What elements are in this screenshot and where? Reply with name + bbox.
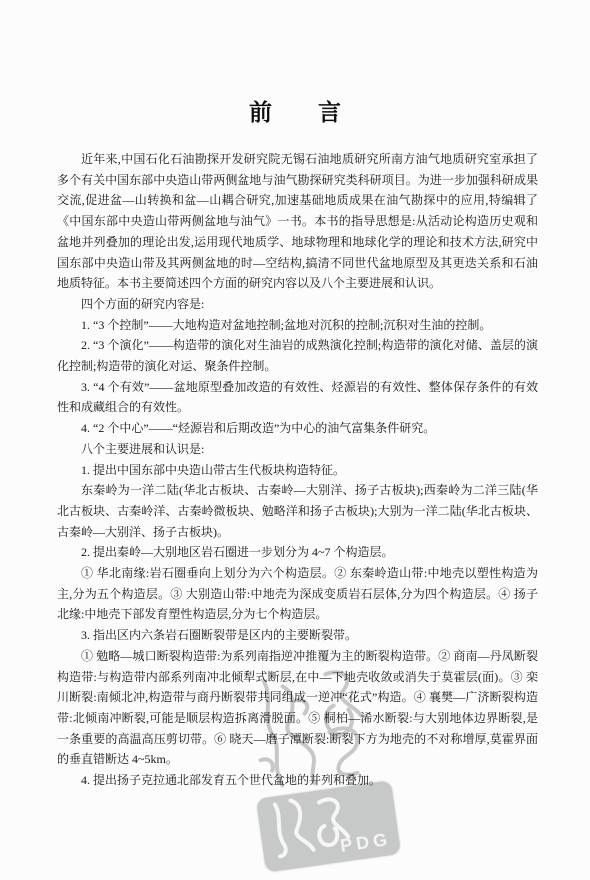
book-page: PDG 前 言 近年来,中国石化石油勘探开发研究院无锡石油地质研究所南方油气地质… (0, 0, 590, 880)
paragraph-8: 1. 提出中国东部中央造山带古生代板块构造特征。 (57, 460, 538, 481)
paragraph-10: 2. 提出秦岭—大别地区岩石圈进一步划分为 4~7 个构造层。 (57, 542, 538, 563)
paragraph-6: 4. “2 个中心”——“烃源岩和后期改造”为中心的油气富集条件研究。 (57, 418, 538, 439)
paragraph-11: ① 华北南缘:岩石圈垂向上划分为六个构造层。② 东秦岭造山带:中地壳以塑性构造为… (57, 563, 538, 625)
paragraph-12: 3. 指出区内六条岩石圈断裂带是区内的主要断裂带。 (57, 625, 538, 646)
paragraph-1: 近年来,中国石化石油勘探开发研究院无锡石油地质研究所南方油气地质研究室承担了多个… (57, 149, 538, 294)
paragraph-4: 2. “3 个演化”——构造带的演化对生油岩的成熟演化控制;构造带的演化对储、盖… (57, 335, 538, 376)
page-title: 前 言 (0, 94, 590, 127)
watermark-stamp: PDG (256, 780, 401, 872)
paragraph-2: 四个方面的研究内容是: (57, 294, 538, 315)
paragraph-3: 1. “3 个控制”——大地构造对盆地控制;盆地对沉积的控制;沉积对生油的控制。 (57, 315, 538, 336)
paragraph-9: 东秦岭为一洋二陆(华北古板块、古秦岭—大别洋、扬子古板块);西秦岭为二洋三陆(华… (57, 480, 538, 542)
preface-text: 近年来,中国石化石油勘探开发研究院无锡石油地质研究所南方油气地质研究室承担了多个… (57, 149, 538, 791)
paragraph-7: 八个主要进展和认识是: (57, 439, 538, 460)
paragraph-5: 3. “4 个有效”——盆地原型叠加改造的有效性、烃源岩的有效性、整体保存条件的… (57, 377, 538, 418)
paragraph-14: 4. 提出扬子克拉通北部发育五个世代盆地的并列和叠加。 (57, 770, 538, 791)
paragraph-13: ① 勉略—城口断裂构造带:为系列南指逆冲推覆为主的断裂构造带。② 商南—丹凤断裂… (57, 646, 538, 770)
